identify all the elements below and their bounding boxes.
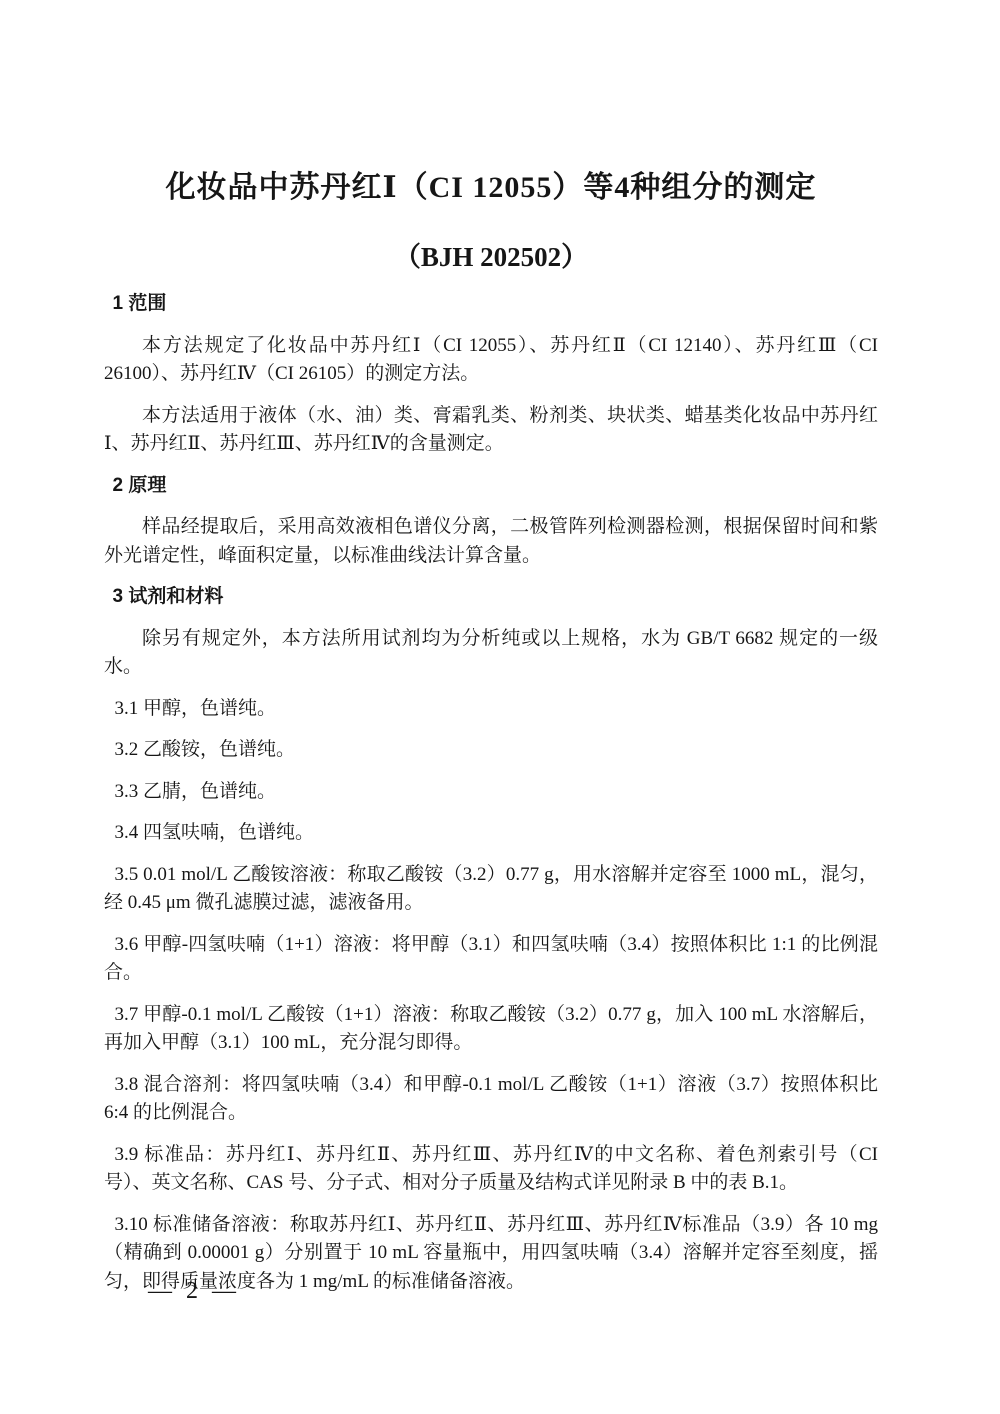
page-number: — 2 — [148, 1276, 240, 1306]
clause-3-8: 3.8 混合溶剂：将四氢呋喃（3.4）和甲醇-0.1 mol/L 乙酸铵（1+1… [104, 1071, 878, 1128]
section-scope-heading: 1 范围 [104, 290, 878, 319]
document-title: 化妆品中苏丹红Ⅰ（CI 12055）等4种组分的测定 [104, 168, 878, 208]
document-content: 化妆品中苏丹红Ⅰ（CI 12055）等4种组分的测定 （BJH 202502） … [104, 168, 878, 1309]
section-reagents-heading: 3 试剂和材料 [104, 583, 878, 612]
clause-3-6: 3.6 甲醇-四氢呋喃（1+1）溶液：将甲醇（3.1）和四氢呋喃（3.4）按照体… [104, 931, 878, 988]
document-page: 化妆品中苏丹红Ⅰ（CI 12055）等4种组分的测定 （BJH 202502） … [0, 0, 1000, 1414]
section-principle-heading: 2 原理 [104, 472, 878, 501]
document-subtitle: （BJH 202502） [104, 240, 878, 274]
clause-3-5: 3.5 0.01 mol/L 乙酸铵溶液：称取乙酸铵（3.2）0.77 g，用水… [104, 861, 878, 918]
scope-paragraph-2: 本方法适用于液体（水、油）类、膏霜乳类、粉剂类、块状类、蜡基类化妆品中苏丹红Ⅰ、… [104, 402, 878, 459]
scope-paragraph-1: 本方法规定了化妆品中苏丹红Ⅰ（CI 12055）、苏丹红Ⅱ（CI 12140）、… [104, 332, 878, 389]
clause-3-2: 3.2 乙酸铵，色谱纯。 [104, 736, 878, 765]
principle-paragraph-1: 样品经提取后，采用高效液相色谱仪分离，二极管阵列检测器检测，根据保留时间和紫外光… [104, 513, 878, 570]
clause-3-7: 3.7 甲醇-0.1 mol/L 乙酸铵（1+1）溶液：称取乙酸铵（3.2）0.… [104, 1001, 878, 1058]
clause-3-1: 3.1 甲醇，色谱纯。 [104, 695, 878, 724]
clause-3-3: 3.3 乙腈，色谱纯。 [104, 778, 878, 807]
clause-3-9: 3.9 标准品：苏丹红Ⅰ、苏丹红Ⅱ、苏丹红Ⅲ、苏丹红Ⅳ的中文名称、着色剂索引号（… [104, 1141, 878, 1198]
clause-3-4: 3.4 四氢呋喃，色谱纯。 [104, 819, 878, 848]
reagents-intro-paragraph: 除另有规定外，本方法所用试剂均为分析纯或以上规格，水为 GB/T 6682 规定… [104, 625, 878, 682]
